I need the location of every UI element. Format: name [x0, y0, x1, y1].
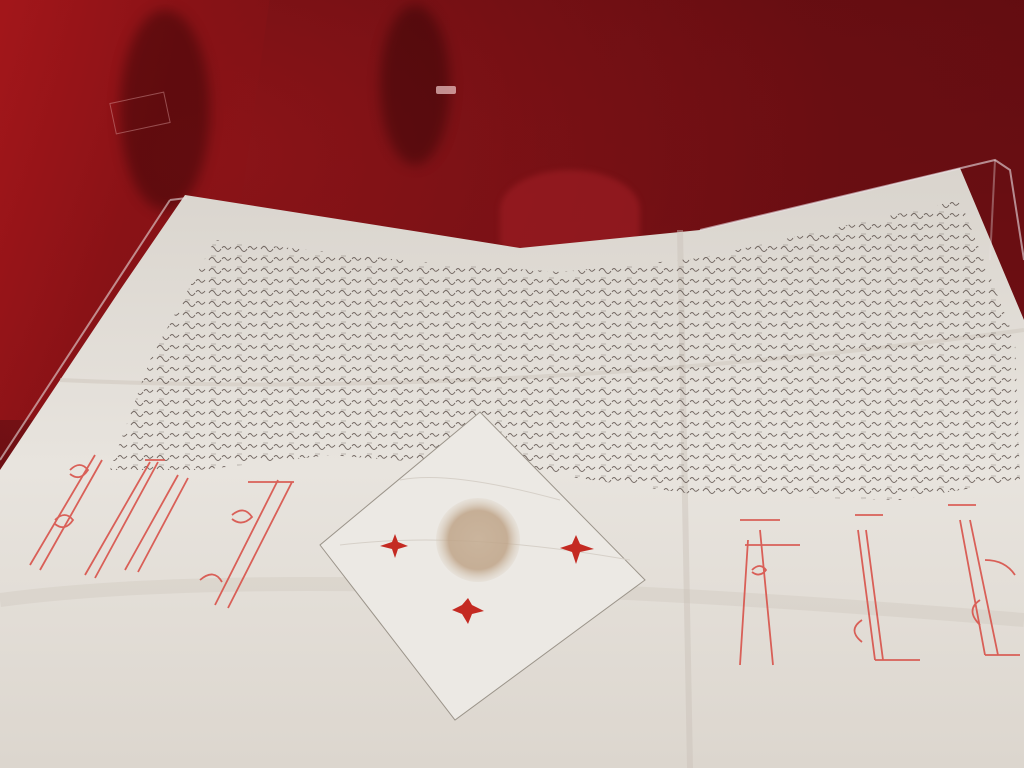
- seal-impression: [436, 498, 520, 582]
- museum-display-scene: [0, 0, 1024, 768]
- manuscript-document: [0, 0, 1024, 768]
